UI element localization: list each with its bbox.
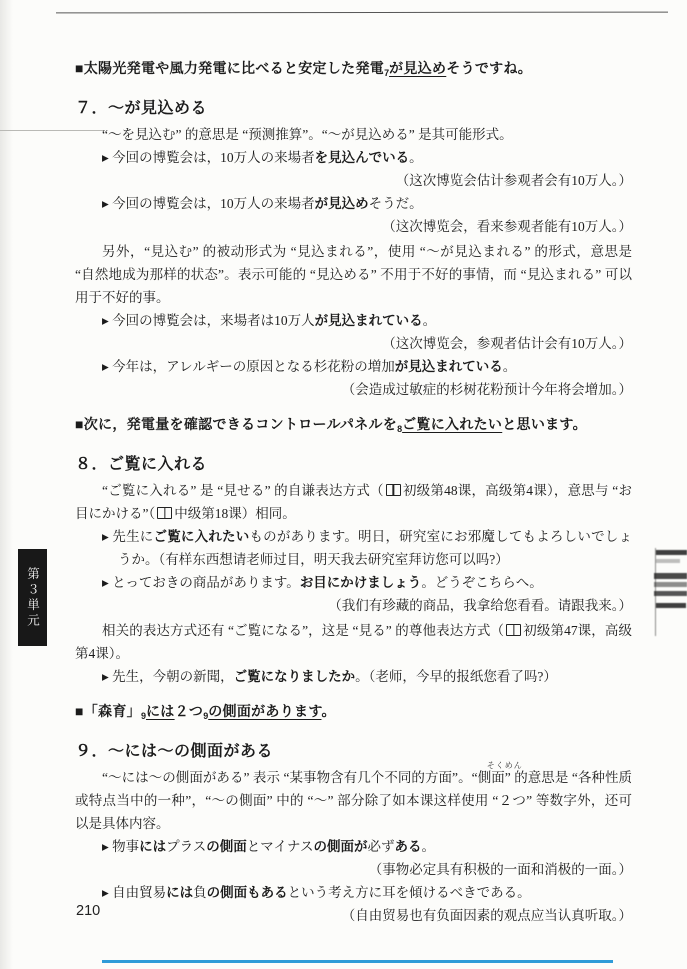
unit-tab: 第３単元 (18, 549, 47, 646)
explanation-paragraph: 相关的表达方式还有 “ご覧になる”，这是 “見る” 的尊他表达方式（初级第47课… (75, 619, 632, 665)
bottom-accent-rule (102, 960, 613, 963)
translation-line: （这次博览会，看来参观者能有10万人。） (75, 215, 632, 238)
example-sentence: ▸ とっておきの商品があります。お目にかけましょう。どうぞこちらへ。 (75, 571, 632, 594)
example-sentence: ▸ 物事にはプラスの側面とマイナスの側面が必ずある。 (75, 835, 632, 858)
example-sentence: ▸ 先生にご覧に入れたいものがあります。明日，研究室にお邪魔してもよろしいでしょ… (75, 525, 632, 571)
ink-bleed-marks (648, 546, 687, 646)
dialogue-sentence-7: ■太陽光発電や風力発電に比べると安定した発電7が見込めそうですね。 (75, 56, 632, 85)
example-sentence: ▸ 今回の博覧会は，来場者は10万人が見込まれている。 (75, 309, 632, 332)
example-sentence: ▸ 今回の博覧会は，10万人の来場者を見込んでいる。 (75, 146, 632, 169)
open-book-icon (506, 624, 521, 636)
page-number: 210 (76, 903, 100, 919)
furigana: そくめん (460, 762, 523, 770)
example-sentence: ▸ 今年は，アレルギーの原因となる杉花粉の増加が見込まれている。 (75, 355, 632, 378)
example-sentence: ▸ 先生，今朝の新聞，ご覧になりましたか。（老师，今早的报纸您看了吗?） (75, 665, 632, 688)
page-content: ■太陽光発電や風力発電に比べると安定した発電7が見込めそうですね。 ７．～が見込… (75, 56, 632, 927)
translation-line: （自由贸易也有负面因素的观点应当认真听取。） (75, 904, 632, 927)
explanation-paragraph: 另外，“見込む” 的被动形式为 “見込まれる”，使用 “～が見込まれる” 的形式… (75, 240, 632, 309)
page-left-scan-shadow (0, 0, 13, 969)
open-book-icon (386, 484, 401, 496)
open-book-icon (157, 507, 172, 519)
translation-line: （这次博览会，参观者估计会有10万人。） (75, 332, 632, 355)
explanation-paragraph: “～には～の側面がある” 表示 “某事物含有几个不同的方面”。“そくめん側面” … (75, 766, 632, 835)
example-sentence: ▸ 今回の博覧会は，10万人の来場者が見込めそうだ。 (75, 192, 632, 215)
translation-line: （会造成过敏症的杉树花粉预计今年将会增加。） (75, 378, 632, 401)
translation-line: （事物必定具有积极的一面和消极的一面。） (75, 858, 632, 881)
dialogue-sentence-9: ■「森育」9には２つ9の側面があります。 (75, 699, 632, 728)
top-hairline-rule (56, 12, 668, 14)
example-sentence: ▸ 自由貿易には負の側面もあるという考え方に耳を傾けるべきである。 (75, 881, 632, 904)
explanation-paragraph: “～を見込む” 的意思是 “预测推算”。“～が見込める” 是其可能形式。 (75, 123, 632, 146)
unit-tab-label: 第３単元 (24, 567, 42, 629)
section-9-heading: ９．～には～の側面がある (75, 739, 632, 764)
section-7-heading: ７．～が見込める (75, 96, 632, 121)
dialogue-sentence-8: ■次に，発電量を確認できるコントロールパネルを8ご覧に入れたいと思います。 (75, 412, 632, 441)
explanation-paragraph: “ご覧に入れる” 是 “見せる” 的自谦表达方式（初级第48课，高级第4课），意… (75, 479, 632, 525)
section-8-heading: ８．ご覧に入れる (75, 452, 632, 477)
translation-line: （我们有珍藏的商品，我拿给您看看。请跟我来。） (75, 594, 632, 617)
translation-line: （这次博览会估计参观者会有10万人。） (75, 169, 632, 192)
